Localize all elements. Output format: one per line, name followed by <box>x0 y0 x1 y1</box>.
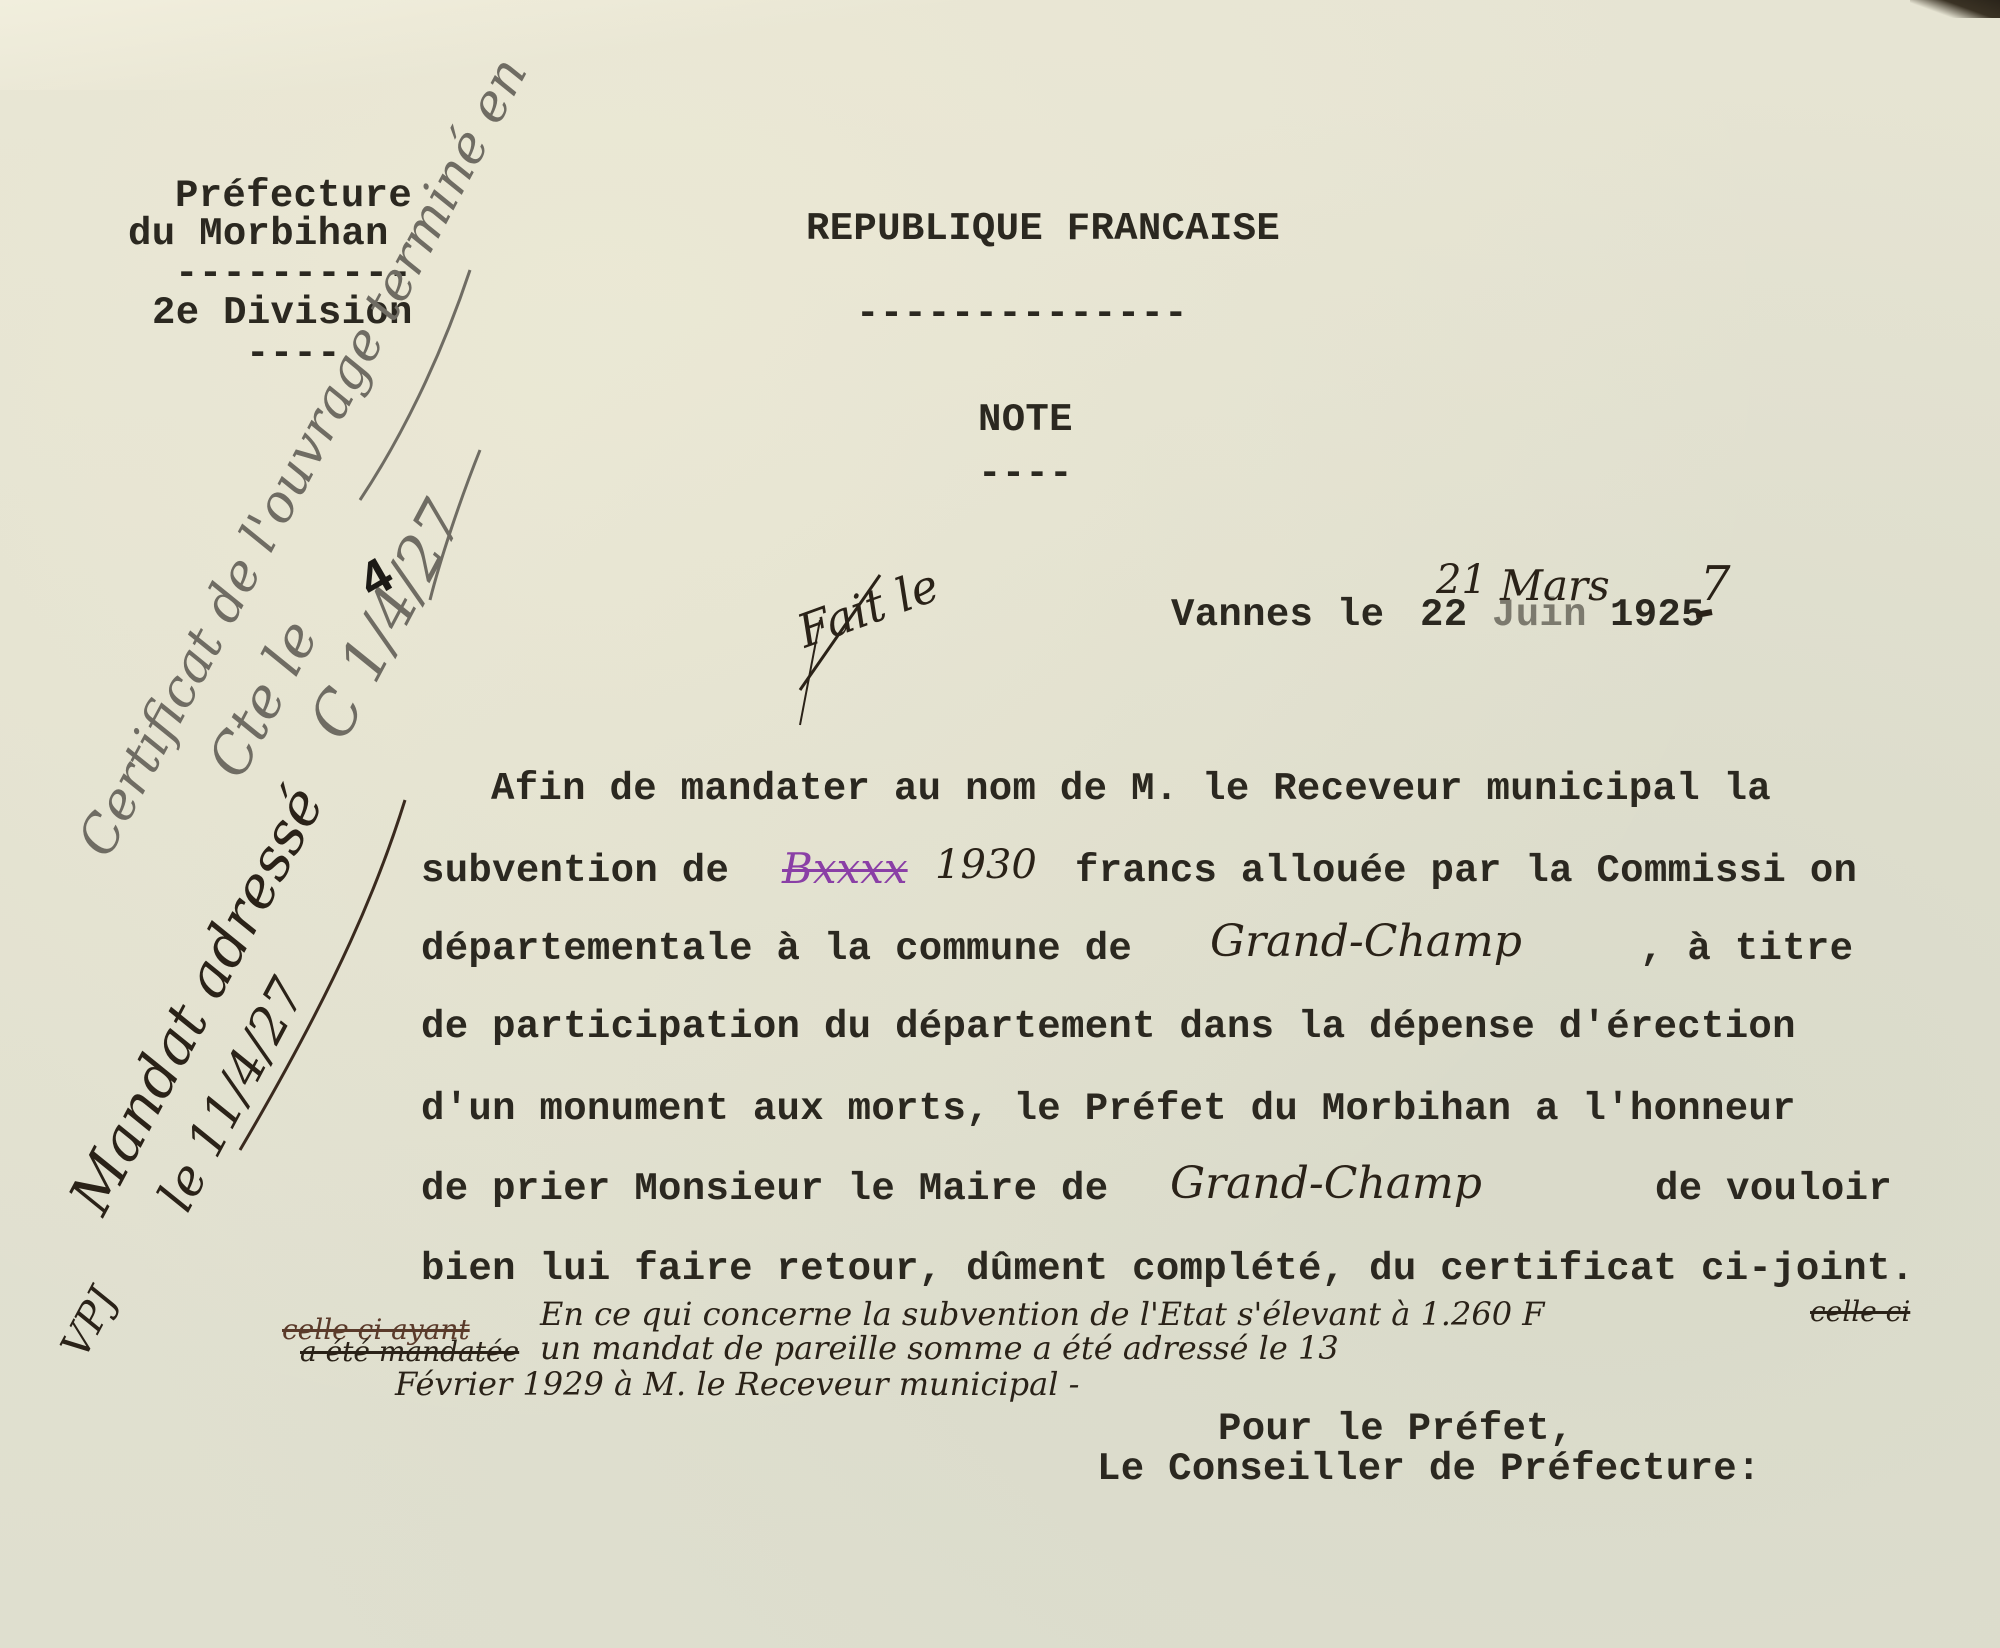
pencil-stroke <box>430 450 480 600</box>
pencil-stroke <box>360 270 470 500</box>
annotation-strokes <box>0 0 2000 1648</box>
ink-check-stroke <box>240 800 405 1150</box>
ink-slash <box>800 620 820 725</box>
ink-slash <box>800 575 880 690</box>
ink-strike <box>1696 612 1712 615</box>
